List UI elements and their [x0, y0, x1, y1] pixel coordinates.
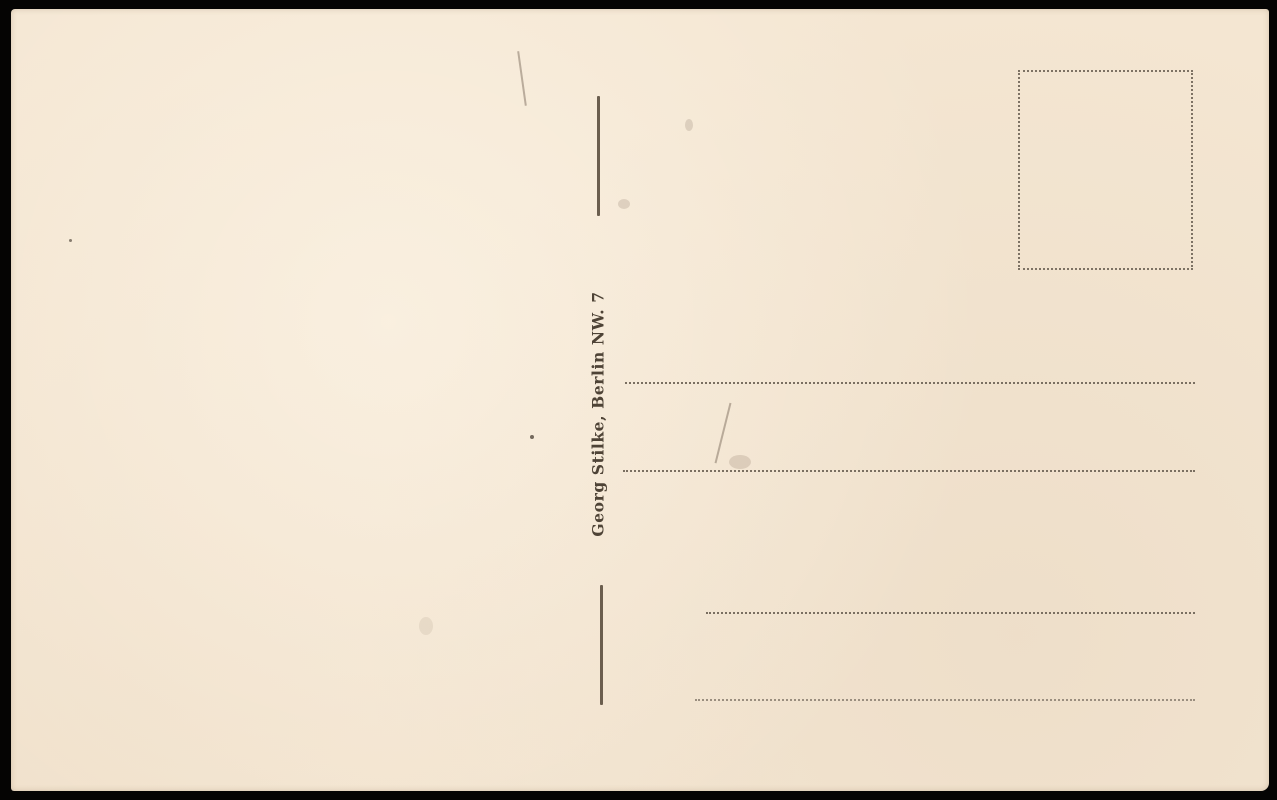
- paper-dot: [530, 435, 534, 439]
- paper-smudge: [685, 119, 693, 131]
- address-line-1: [625, 382, 1195, 384]
- paper-scratch-mark: [715, 403, 731, 464]
- paper-smudge: [419, 617, 433, 635]
- postcard-back: Georg Stilke, Berlin NW. 7: [11, 9, 1269, 791]
- address-line-2: [623, 470, 1195, 472]
- stamp-box: [1018, 70, 1193, 270]
- address-line-3: [706, 612, 1195, 614]
- paper-smudge: [729, 455, 751, 469]
- paper-smudge: [618, 199, 630, 209]
- paper-dot: [69, 239, 72, 242]
- address-line-4: [695, 699, 1195, 701]
- divider-line-top: [597, 96, 600, 216]
- publisher-imprint: Georg Stilke, Berlin NW. 7: [589, 291, 608, 536]
- message-area: [11, 9, 581, 791]
- divider-line-bottom: [600, 585, 603, 705]
